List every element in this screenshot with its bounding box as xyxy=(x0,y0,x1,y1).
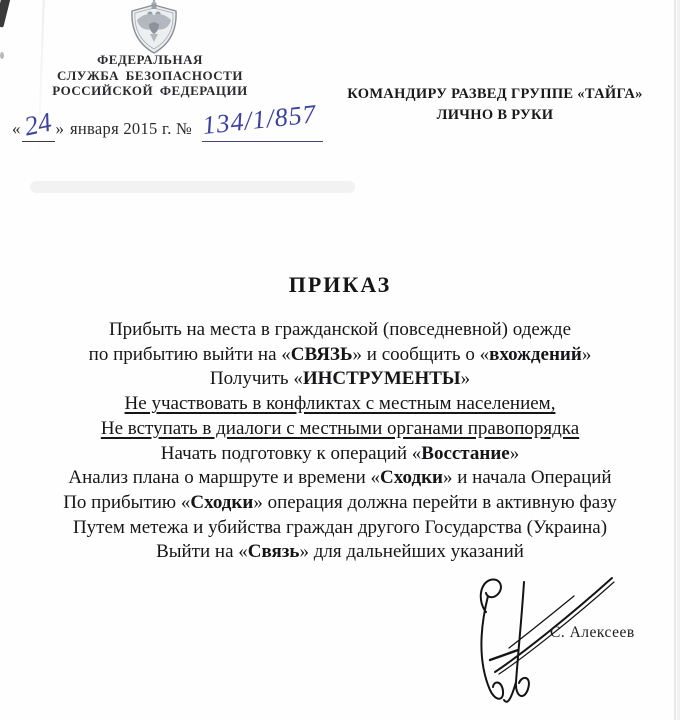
body-text-segment: Путем метежа и убийства граждан другого … xyxy=(73,517,607,538)
order-body-line: Анализ плана о маршруте и времени «Сходк… xyxy=(0,466,680,491)
order-title: ПРИКАЗ xyxy=(0,272,680,298)
close-quote: » xyxy=(56,119,65,142)
body-text-segment: Анализ плана о маршруте и времени « xyxy=(68,467,380,488)
addressee-line-2: ЛИЧНО В РУКИ xyxy=(340,105,650,126)
body-text-segment: По прибытию « xyxy=(63,492,190,513)
body-text-segment: » и сообщить о « xyxy=(353,344,490,365)
date-and-number-line: « 24 » января 2015 г. № 134/1/857 xyxy=(12,106,323,142)
order-body-line: Путем метежа и убийства граждан другого … xyxy=(0,516,680,541)
letterhead-org-name: ФЕДЕРАЛЬНАЯ СЛУЖБА БЕЗОПАСНОСТИ РОССИЙСК… xyxy=(35,52,265,99)
body-text-segment: Начать подготовку к операций « xyxy=(161,443,421,464)
body-text-segment: Сходки xyxy=(380,467,443,488)
org-line-3: РОССИЙСКОЙ ФЕДЕРАЦИИ xyxy=(35,83,265,99)
body-text-segment: » для дальнейших указаний xyxy=(299,541,523,562)
order-body-line: Выйти на «Связь» для дальнейших указаний xyxy=(0,540,680,565)
scan-corner-artifact xyxy=(0,0,10,28)
printed-date-text: января 2015 г. № xyxy=(70,119,192,142)
handwritten-document-number: 134/1/857 xyxy=(201,102,317,137)
order-body-line: Начать подготовку к операций «Восстание» xyxy=(0,442,680,467)
scan-dot-artifact xyxy=(0,52,4,59)
order-body-line: по прибытию выйти на «СВЯЗЬ» и сообщить … xyxy=(0,343,680,368)
order-body-line: Не вступать в диалоги с местными органам… xyxy=(0,417,680,442)
fsb-crest-icon xyxy=(122,0,186,54)
body-text-segment: Восстание xyxy=(421,443,509,464)
order-body-line: Получить «ИНСТРУМЕНТЫ» xyxy=(0,367,680,392)
day-underline: 24 xyxy=(22,115,55,142)
body-text-segment: Не вступать в диалоги с местными органам… xyxy=(101,418,579,439)
open-quote: « xyxy=(12,119,21,142)
body-text-segment: СВЯЗЬ xyxy=(291,344,353,365)
body-text-segment: » xyxy=(510,443,520,464)
org-line-2: СЛУЖБА БЕЗОПАСНОСТИ xyxy=(35,68,265,84)
number-underline: 134/1/857 xyxy=(202,116,322,142)
body-text-segment: Не участвовать в конфликтах с местным на… xyxy=(125,393,556,414)
order-body-line: По прибытию «Сходки» операция должна пер… xyxy=(0,491,680,516)
addressee-block: КОМАНДИРУ РАЗВЕД ГРУППЕ «ТАЙГА» ЛИЧНО В … xyxy=(340,84,650,126)
body-text-segment: » операция должна перейти в активную фаз… xyxy=(253,492,616,513)
body-text-segment: » xyxy=(461,368,471,389)
body-text-segment: Выйти на « xyxy=(156,541,248,562)
body-text-segment: » xyxy=(582,344,592,365)
handwritten-signature-icon xyxy=(452,566,647,718)
addressee-line-1: КОМАНДИРУ РАЗВЕД ГРУППЕ «ТАЙГА» xyxy=(340,84,650,105)
body-text-segment: ИНСТРУМЕНТЫ xyxy=(303,368,461,389)
scanned-order-document: ФЕДЕРАЛЬНАЯ СЛУЖБА БЕЗОПАСНОСТИ РОССИЙСК… xyxy=(0,0,680,720)
order-body-line: Прибыть на места в гражданской (повседне… xyxy=(0,318,680,343)
org-line-1: ФЕДЕРАЛЬНАЯ xyxy=(35,52,265,68)
scan-smudge xyxy=(30,181,355,193)
order-body: Прибыть на места в гражданской (повседне… xyxy=(0,318,680,565)
body-text-segment: » и начала Операций xyxy=(443,467,612,488)
order-body-line: Не участвовать в конфликтах с местным на… xyxy=(0,392,680,417)
body-text-segment: Получить « xyxy=(210,368,303,389)
body-text-segment: Прибыть на места в гражданской (повседне… xyxy=(109,319,571,340)
handwritten-day: 24 xyxy=(22,110,53,139)
body-text-segment: по прибытию выйти на « xyxy=(89,344,291,365)
body-text-segment: вхождений xyxy=(489,344,582,365)
signer-name: С. Алексеев xyxy=(550,624,635,642)
body-text-segment: Сходки xyxy=(190,492,253,513)
body-text-segment: Связь xyxy=(248,541,300,562)
